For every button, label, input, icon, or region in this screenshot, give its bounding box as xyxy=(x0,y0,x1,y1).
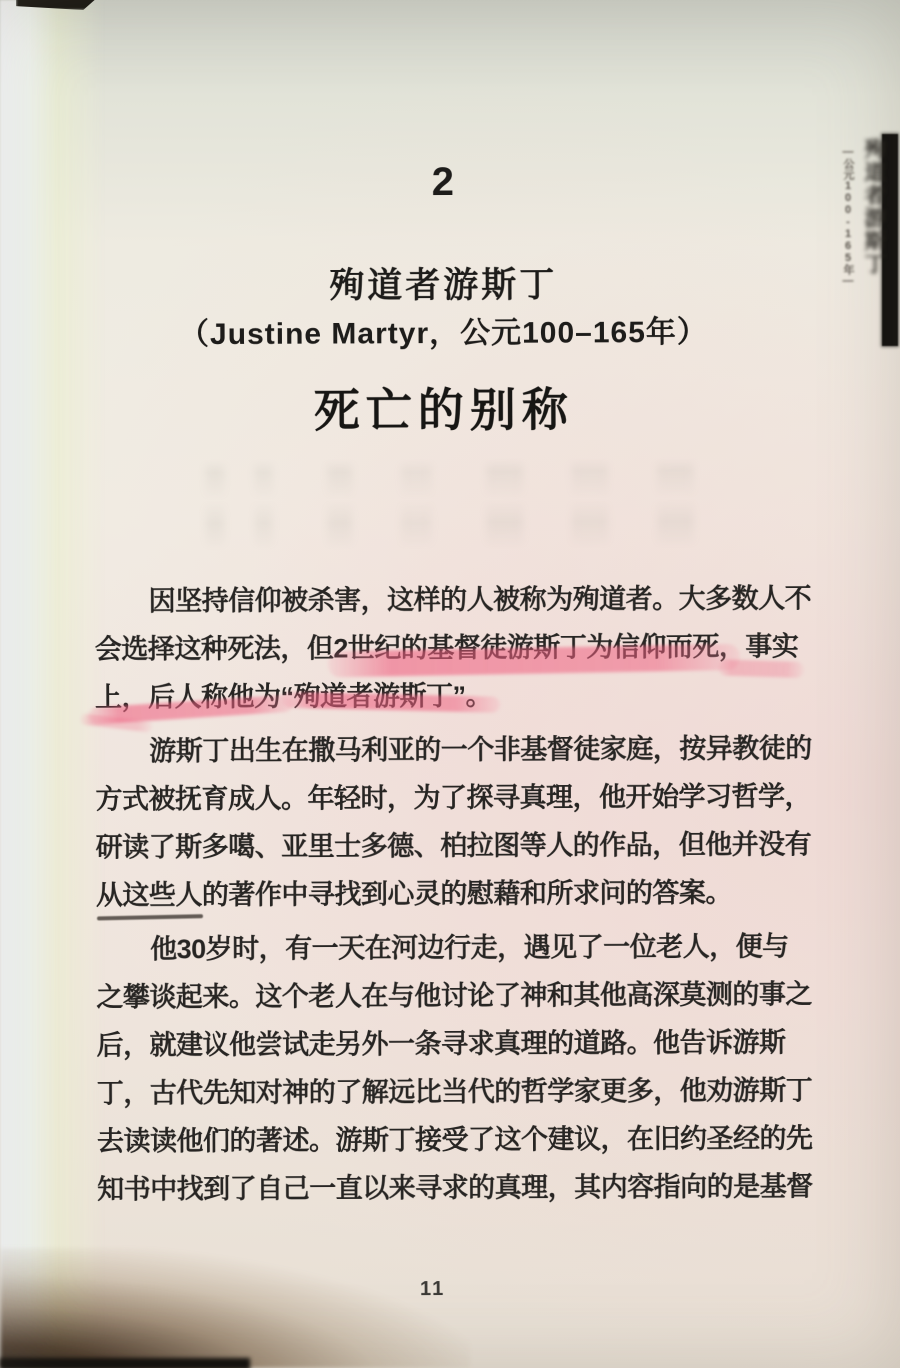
paragraph: 他30岁时，有一天在河边行走，遇见了一位老人，便与 之攀谈起来。这个老人在与他讨… xyxy=(96,924,811,1215)
body-text-line: 之攀谈起来。这个老人在与他讨论了神和其他高深莫测的事之 xyxy=(96,972,810,1023)
body-text-line: 从这些人的著作中寻找到心灵的慰藉和所求问的答案。 xyxy=(96,870,810,921)
photo-edge-artifact xyxy=(0,1358,250,1368)
chapter-title: 殉道者游斯丁 xyxy=(0,256,888,310)
body-text-line: 游斯丁出生在撒马利亚的一个非基督徒家庭，按异教徒的 xyxy=(95,726,809,777)
body-text-line: 知书中找到了自己一直以来寻求的真理，其内容指向的是基督 xyxy=(97,1164,811,1215)
body-text-line: 研读了斯多噶、亚里士多德、柏拉图等人的作品，但他并没有 xyxy=(96,822,810,873)
body-text-line: 他30岁时，有一天在河边行走，遇见了一位老人，便与 xyxy=(96,924,810,975)
book-page-photo: 2 殉道者游斯丁 （Justine Martyr，公元100–165年） 死亡的… xyxy=(0,0,900,1368)
body-text-line: 方式被抚育成人。年轻时，为了探寻真理，他开始学习哲学， xyxy=(95,774,809,825)
photo-shadow-artifact xyxy=(0,1248,470,1368)
body-text-line: 去读读他们的著述。游斯丁接受了这个建议，在旧约圣经的先 xyxy=(97,1116,811,1167)
section-title: 死亡的别称 xyxy=(0,372,889,442)
pink-marker-stroke xyxy=(718,659,804,678)
paragraph: 游斯丁出生在撒马利亚的一个非基督徒家庭，按异教徒的 方式被抚育成人。年轻时，为了… xyxy=(95,726,810,921)
side-tab-title: 殉道者游斯丁 xyxy=(858,138,888,368)
body-text-line: 后，就建议他尝试走另外一条寻求真理的道路。他告诉游斯 xyxy=(96,1020,810,1071)
chapter-subtitle: （Justine Martyr，公元100–165年） xyxy=(0,306,889,354)
page-content: 2 殉道者游斯丁 （Justine Martyr，公元100–165年） 死亡的… xyxy=(0,0,900,1368)
side-tab-dates: —公元100-165年— xyxy=(840,146,856,336)
chapter-number: 2 xyxy=(0,158,888,207)
body-text-line: 丁，古代先知对神的了解远比当代的哲学家更多，他劝游斯丁 xyxy=(97,1068,811,1119)
body-text-line: 因坚持信仰被杀害，这样的人被称为殉道者。大多数人不 xyxy=(95,576,809,627)
ink-bleed-ghost xyxy=(169,457,779,552)
